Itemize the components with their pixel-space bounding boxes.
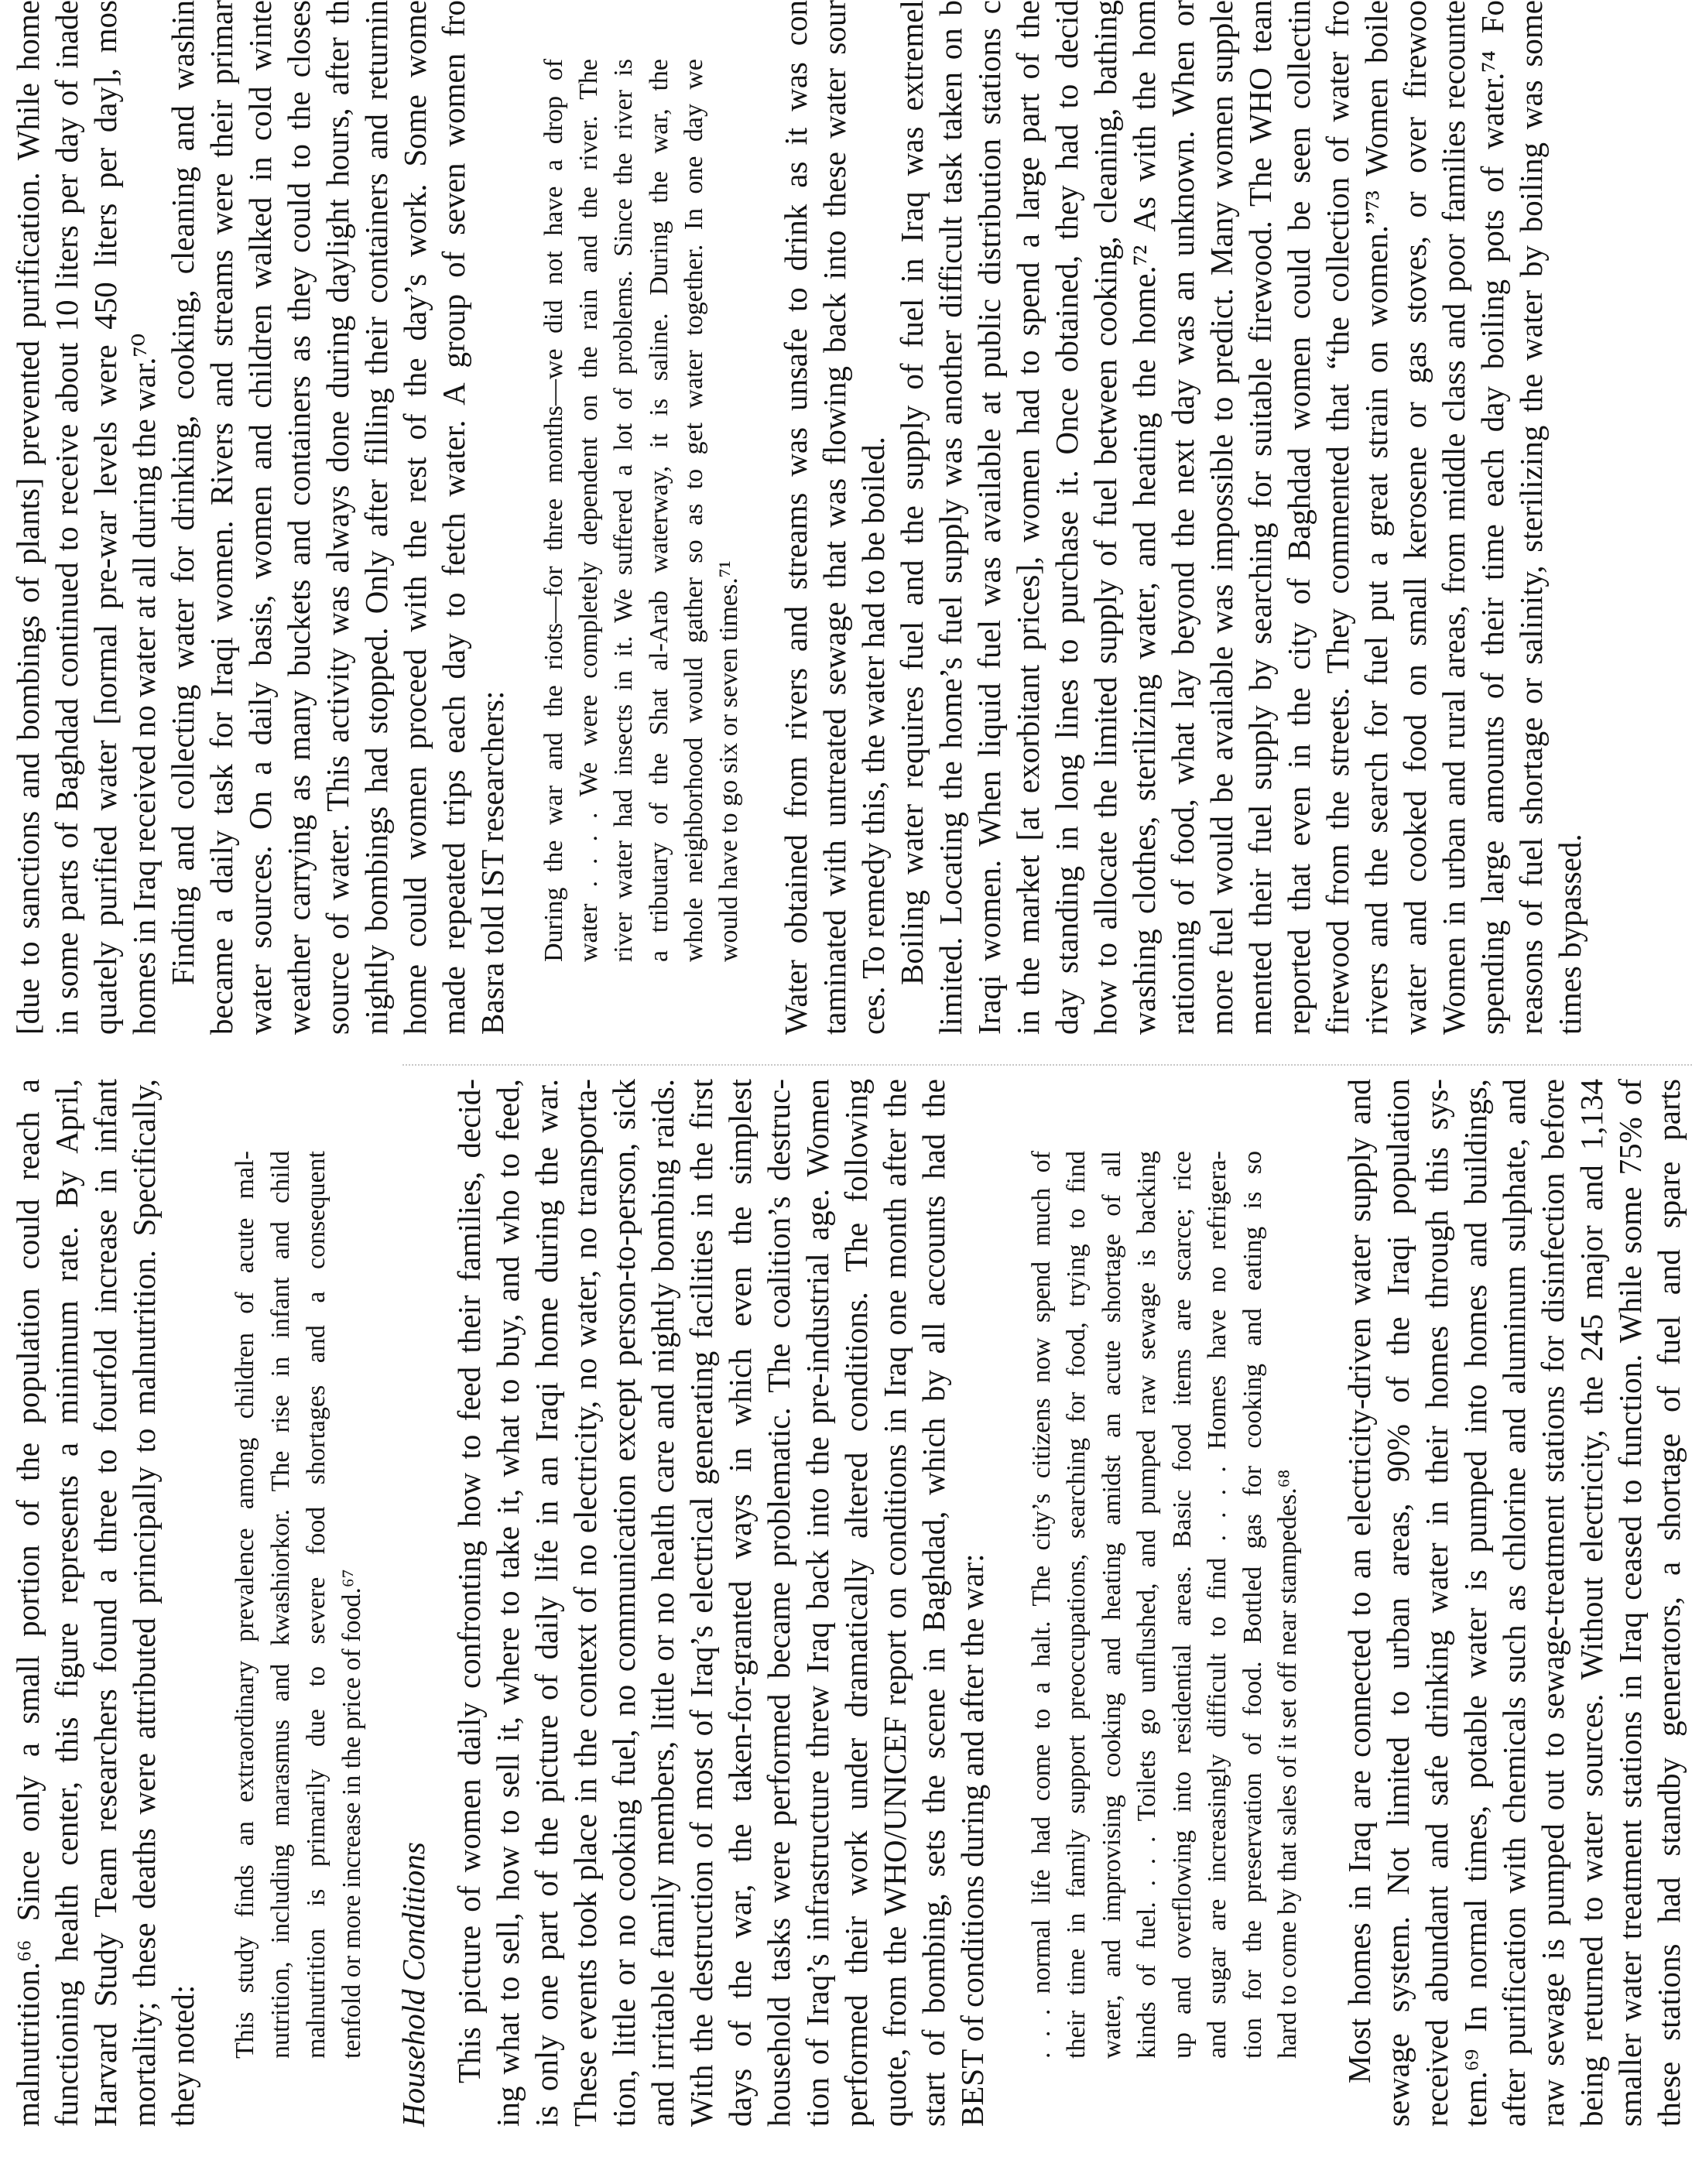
left-column-paragraph-3: Most homes in Iraq are connected to an e…	[1340, 1079, 1688, 2127]
quote-line: nutrition, including marasmus and kwashi…	[263, 1151, 299, 2059]
left-column-block-quote-2: . . . normal life had come to a halt. Th…	[1024, 1151, 1306, 2059]
text-line: reasons of fuel shortage or salinity, st…	[1512, 0, 1550, 1035]
text-line: is only one part of the picture of daily…	[527, 1079, 566, 2127]
quote-line: hard to come by that sales of it set off…	[1270, 1151, 1306, 2059]
text-line: homes in Iraq received no water at all d…	[125, 0, 163, 1035]
text-line: in the market [at exorbitant prices], wo…	[1009, 0, 1047, 1035]
text-line: start of bombing, sets the scene in Bagh…	[914, 1079, 953, 2127]
text-line: Boiling water requires fuel and the supp…	[892, 0, 931, 1035]
left-column-paragraph-2: This picture of women daily confronting …	[450, 1079, 992, 2127]
section-heading-text: Household Conditions	[394, 1079, 433, 2127]
text-line: quately purified water [normal pre-war l…	[86, 0, 125, 1035]
text-line: received abundant and safe drinking wate…	[1417, 1079, 1456, 2127]
left-column-paragraph-1: malnutrition.⁶⁶ Since only a small porti…	[9, 1079, 202, 2127]
quote-line: water, and improvising cooking and heati…	[1094, 1151, 1130, 2059]
section-heading: Household Conditions	[394, 1079, 433, 2127]
text-line: Basra told IST researchers:	[473, 0, 512, 1035]
quote-line: up and overflowing into residential area…	[1165, 1151, 1200, 2059]
text-line: tem.⁶⁹ In normal times, potable water is…	[1456, 1079, 1495, 2127]
text-line: These events took place in the context o…	[566, 1079, 605, 2127]
quote-line: would have to go six or seven times.⁷¹	[711, 59, 746, 962]
quote-line: river water had insects in it. We suffer…	[606, 59, 641, 962]
quote-line: kinds of fuel. . . . Toilets go unflushe…	[1129, 1151, 1165, 2059]
text-line: more fuel would be available was impossi…	[1202, 0, 1241, 1035]
text-line: tion of Iraq’s infrastructure threw Iraq…	[798, 1079, 837, 2127]
text-line: home could women proceed with the rest o…	[396, 0, 434, 1035]
text-line: they noted:	[163, 1079, 202, 2127]
text-line: ing what to sell, how to sell it, where …	[488, 1079, 527, 2127]
text-line: household tasks were performed became pr…	[759, 1079, 798, 2127]
text-line: Iraqi women. When liquid fuel was availa…	[970, 0, 1009, 1035]
text-line: washing clothes, sterilizing water, and …	[1125, 0, 1163, 1035]
text-line: water and cooked food on small kerosene …	[1396, 0, 1434, 1035]
text-line: tion, little or no cooking fuel, no comm…	[605, 1079, 643, 2127]
text-line: sewage system. Not limited to urban area…	[1379, 1079, 1417, 2127]
quote-line: whole neighborhood would gather so as to…	[676, 59, 711, 962]
text-line: performed their work under dramatically …	[837, 1079, 875, 2127]
right-column-paragraph-3: Water obtained from rivers and streams w…	[776, 0, 892, 1035]
text-line: Women in urban and rural areas, from mid…	[1434, 0, 1473, 1035]
text-line: nightly bombings had stopped. Only after…	[357, 0, 396, 1035]
text-line: in some parts of Baghdad continued to re…	[47, 0, 86, 1035]
text-line: how to allocate the limited supply of fu…	[1086, 0, 1125, 1035]
text-line: limited. Locating the home’s fuel supply…	[931, 0, 970, 1035]
text-line: quote, from the WHO/UNICEF report on con…	[875, 1079, 914, 2127]
text-line: rivers and the search for fuel put a gre…	[1357, 0, 1396, 1035]
text-line: made repeated trips each day to fetch wa…	[434, 0, 473, 1035]
text-line: Harvard Study Team researchers found a t…	[86, 1079, 125, 2127]
text-line: rationing of food, what lay beyond the n…	[1163, 0, 1202, 1035]
left-column-block-quote-1: This study finds an extraordinary preval…	[228, 1151, 370, 2059]
text-line: smaller water treatment stations in Iraq…	[1611, 1079, 1649, 2127]
quote-line: During the war and the riots—for three m…	[536, 59, 571, 962]
text-line: being returned to water sources. Without…	[1572, 1079, 1611, 2127]
text-line: This picture of women daily confronting …	[450, 1079, 488, 2127]
text-line: firewood from the streets. They commente…	[1318, 0, 1357, 1035]
text-line: times bypassed.	[1550, 0, 1589, 1035]
text-line: mortality; these deaths were attributed …	[125, 1079, 163, 2127]
text-line: ces. To remedy this, the water had to be…	[854, 0, 892, 1035]
right-column-paragraph-1: [due to sanctions and bombings of plants…	[9, 0, 163, 1035]
text-line: reported that even in the city of Baghda…	[1279, 0, 1318, 1035]
text-line: raw sewage is pumped out to sewage-treat…	[1533, 1079, 1572, 2127]
quote-line: . . . normal life had come to a halt. Th…	[1024, 1151, 1060, 2059]
text-line: and irritable family members, little or …	[643, 1079, 682, 2127]
text-line: source of water. This activity was alway…	[318, 0, 357, 1035]
quote-line: malnutrition is primarily due to severe …	[299, 1151, 334, 2059]
text-line: [due to sanctions and bombings of plants…	[9, 0, 47, 1035]
text-line: after purification with chemicals such a…	[1495, 1079, 1533, 2127]
text-line: malnutrition.⁶⁶ Since only a small porti…	[9, 1079, 47, 2127]
right-column-paragraph-4: Boiling water requires fuel and the supp…	[892, 0, 1589, 1035]
text-line: water sources. On a daily basis, women a…	[241, 0, 279, 1035]
right-column-block-quote: During the war and the riots—for three m…	[536, 59, 746, 962]
text-line: mented their fuel supply by searching fo…	[1241, 0, 1279, 1035]
text-line: days of the war, the taken-for-granted w…	[721, 1079, 759, 2127]
text-line: taminated with untreated sewage that was…	[815, 0, 854, 1035]
quote-line: tion for the preservation of food. Bottl…	[1235, 1151, 1271, 2059]
text-line: weather carrying as many buckets and con…	[279, 0, 318, 1035]
text-line: Finding and collecting water for drinkin…	[163, 0, 202, 1035]
text-line: Water obtained from rivers and streams w…	[776, 0, 815, 1035]
right-column-paragraph-2: Finding and collecting water for drinkin…	[163, 0, 512, 1035]
quote-line: and sugar are increasingly difficult to …	[1200, 1151, 1235, 2059]
text-line: these stations had standby generators, a…	[1649, 1079, 1688, 2127]
text-line: spending large amounts of their time eac…	[1473, 0, 1512, 1035]
quote-line: their time in family support preoccupati…	[1059, 1151, 1094, 2059]
text-line: day standing in long lines to purchase i…	[1047, 0, 1086, 1035]
text-line: Most homes in Iraq are connected to an e…	[1340, 1079, 1379, 2127]
scanned-document-page: malnutrition.⁶⁶ Since only a small porti…	[0, 0, 1692, 2184]
text-line: With the destruction of most of Iraq’s e…	[682, 1079, 721, 2127]
quote-line: water . . . . We were completely depende…	[571, 59, 606, 962]
quote-line: a tributary of the Shat al-Arab waterway…	[642, 59, 676, 962]
gutter-scan-artifact	[402, 1064, 1692, 1066]
text-line: became a daily task for Iraqi women. Riv…	[202, 0, 241, 1035]
quote-line: tenfold or more increase in the price of…	[334, 1151, 370, 2059]
quote-line: This study finds an extraordinary preval…	[228, 1151, 263, 2059]
text-line: BEST of conditions during and after the …	[953, 1079, 992, 2127]
text-line: functioning health center, this figure r…	[47, 1079, 86, 2127]
